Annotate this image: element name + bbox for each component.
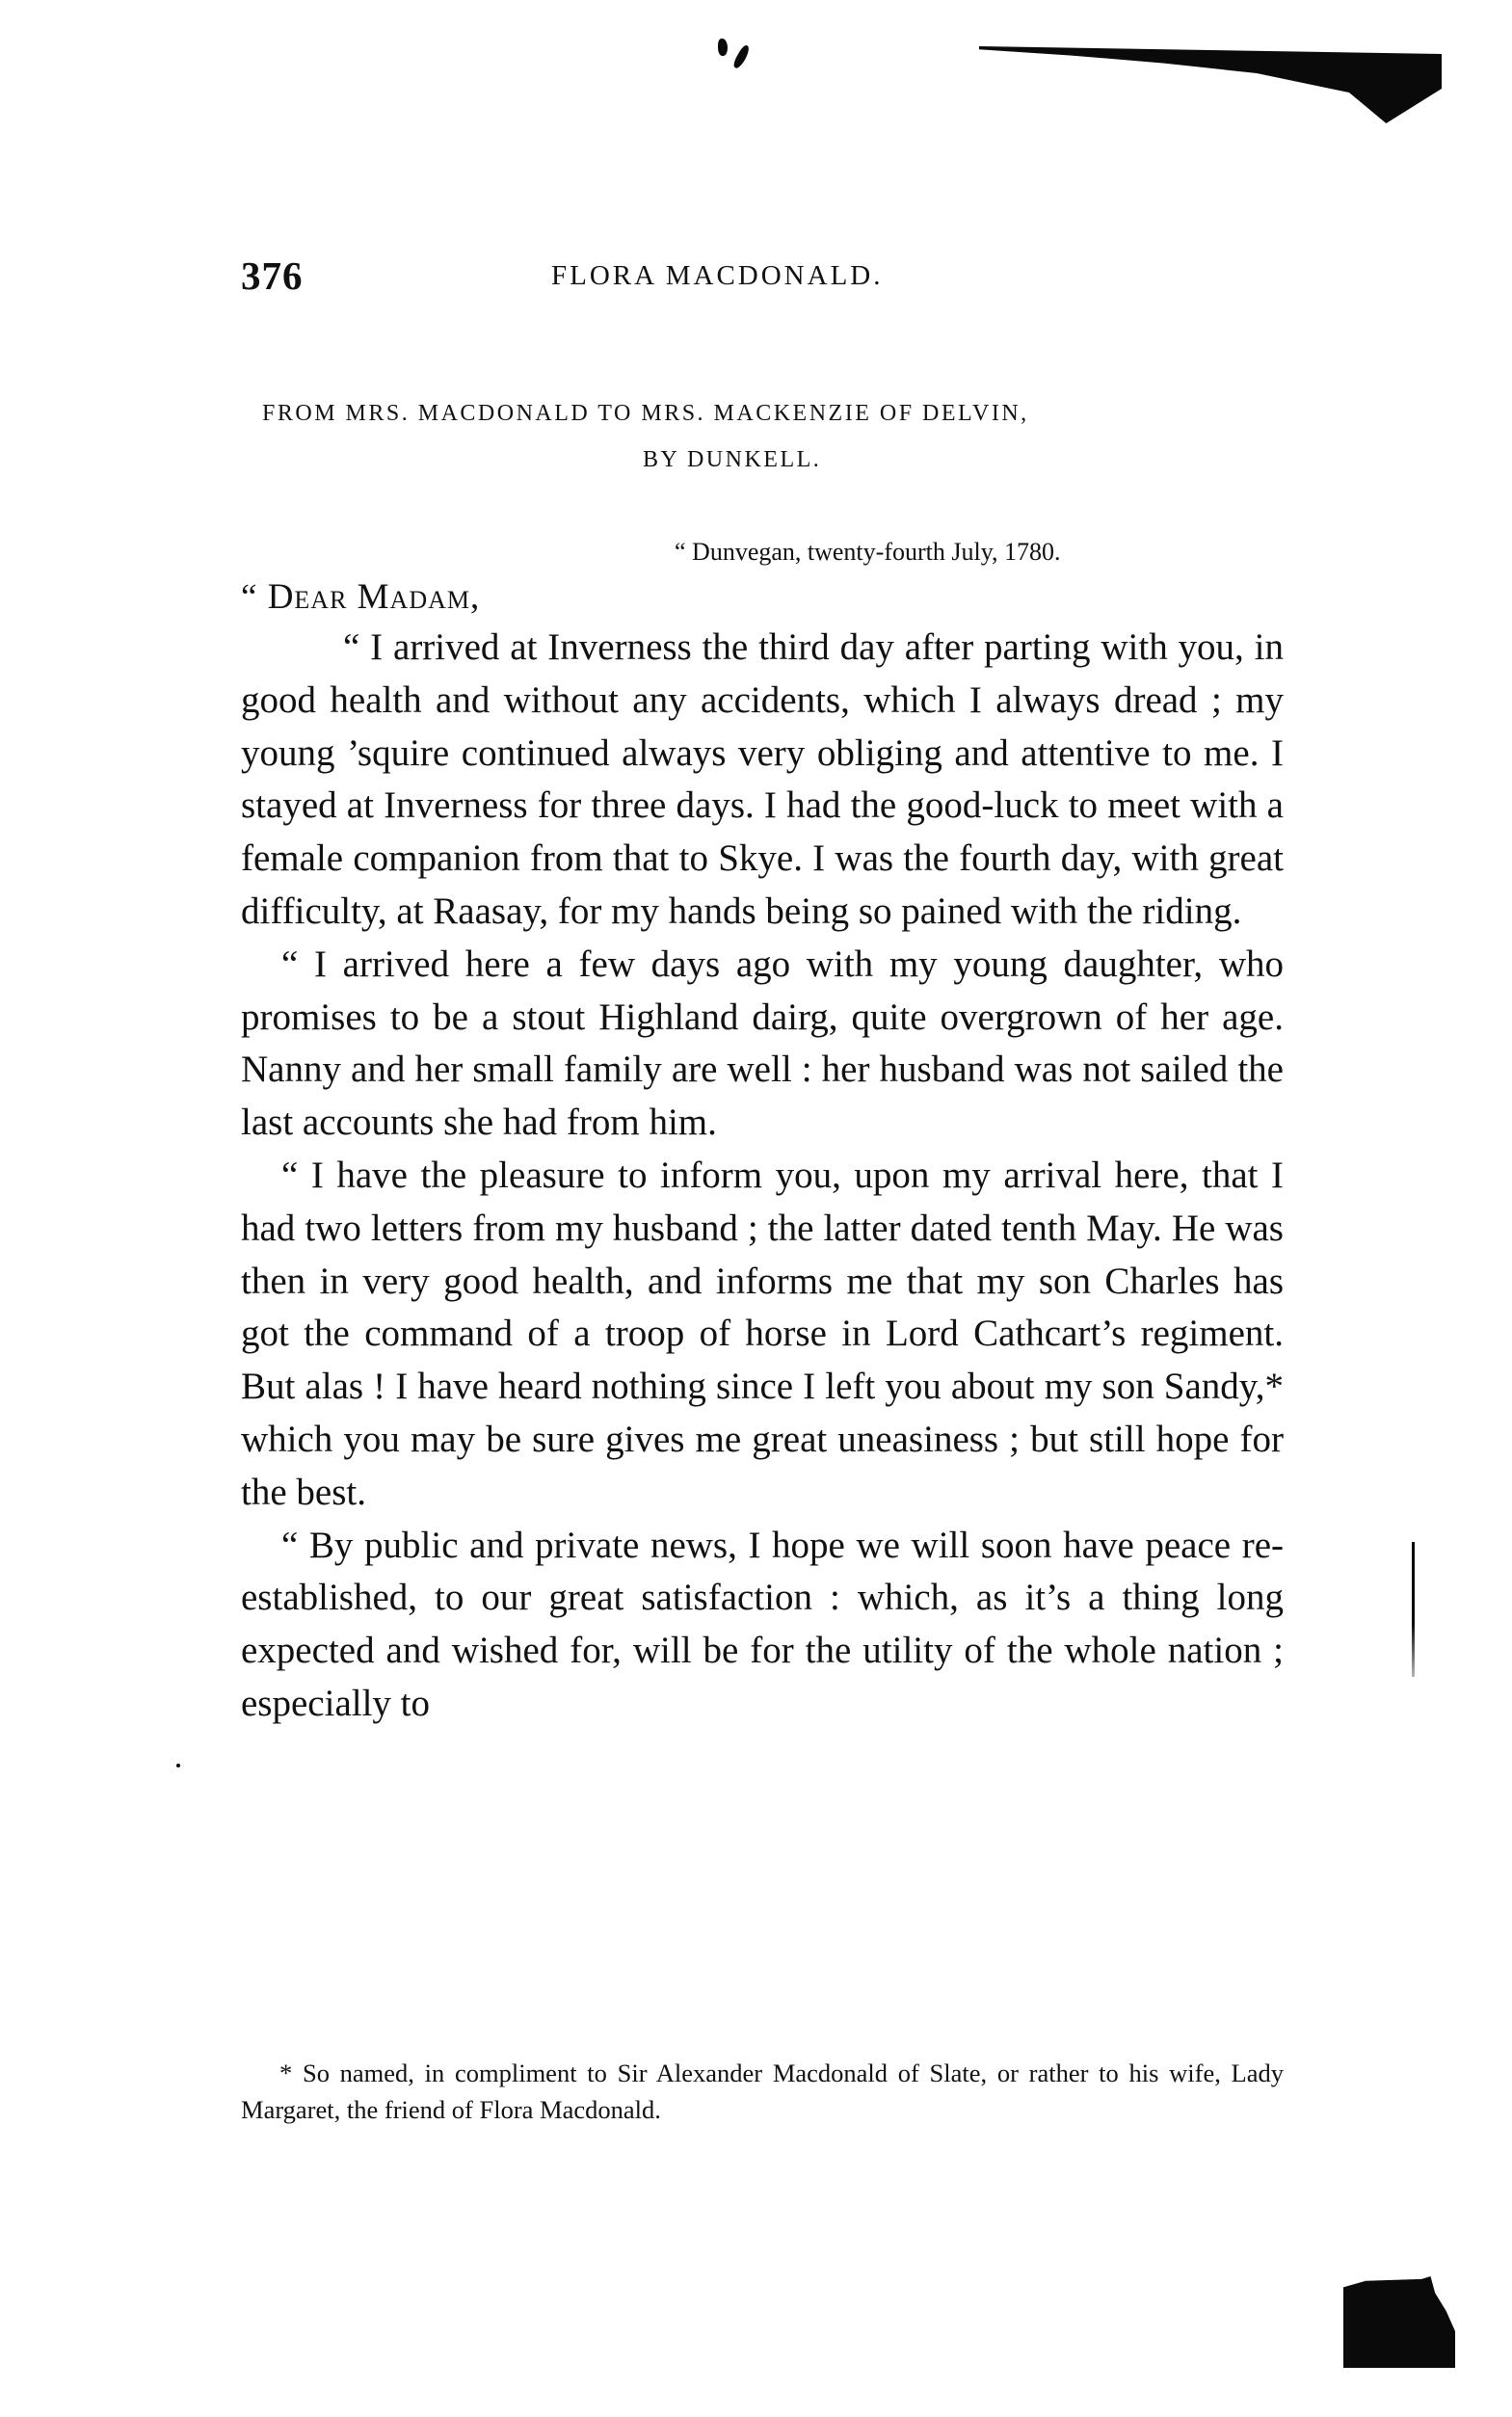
letter-heading-line2: by Dunkell. <box>262 437 1284 483</box>
scan-mark-artifact <box>718 39 756 73</box>
letter-heading: From Mrs. Macdonald to Mrs. Mackenzie of… <box>262 390 1284 483</box>
page-number: 376 <box>241 252 304 299</box>
scan-corner-artifact-bottom <box>1343 2276 1455 2368</box>
letter-dateline: “ Dunvegan, twenty-fourth July, 1780. <box>675 538 1061 567</box>
letter-heading-line1: From Mrs. Macdonald to Mrs. Mackenzie of… <box>262 401 1029 426</box>
scan-corner-artifact-top <box>979 46 1442 123</box>
body-paragraph: “ I arrived here a few days ago with my … <box>241 939 1284 1150</box>
running-title: FLORA MACDONALD. <box>551 260 883 292</box>
salutation-quote: “ <box>241 577 257 617</box>
footnote: * So named, in compliment to Sir Alexand… <box>241 2055 1284 2128</box>
letter-body: “ I arrived at Inverness the third day a… <box>241 622 1284 1731</box>
body-paragraph: “ I have the pleasure to inform you, upo… <box>241 1150 1284 1520</box>
scan-dot-artifact <box>176 1764 180 1767</box>
body-paragraph: “ By public and private news, I hope we … <box>241 1520 1284 1731</box>
footnote-text: * So named, in compliment to Sir Alexand… <box>241 2055 1284 2128</box>
salutation-text: Dear Madam, <box>268 577 481 617</box>
scan-margin-line-artifact <box>1412 1542 1415 1677</box>
body-paragraph: “ I arrived at Inverness the third day a… <box>241 622 1284 939</box>
letter-salutation: “ Dear Madam, <box>241 576 480 618</box>
running-head: 376 FLORA MACDONALD. <box>241 252 1282 301</box>
